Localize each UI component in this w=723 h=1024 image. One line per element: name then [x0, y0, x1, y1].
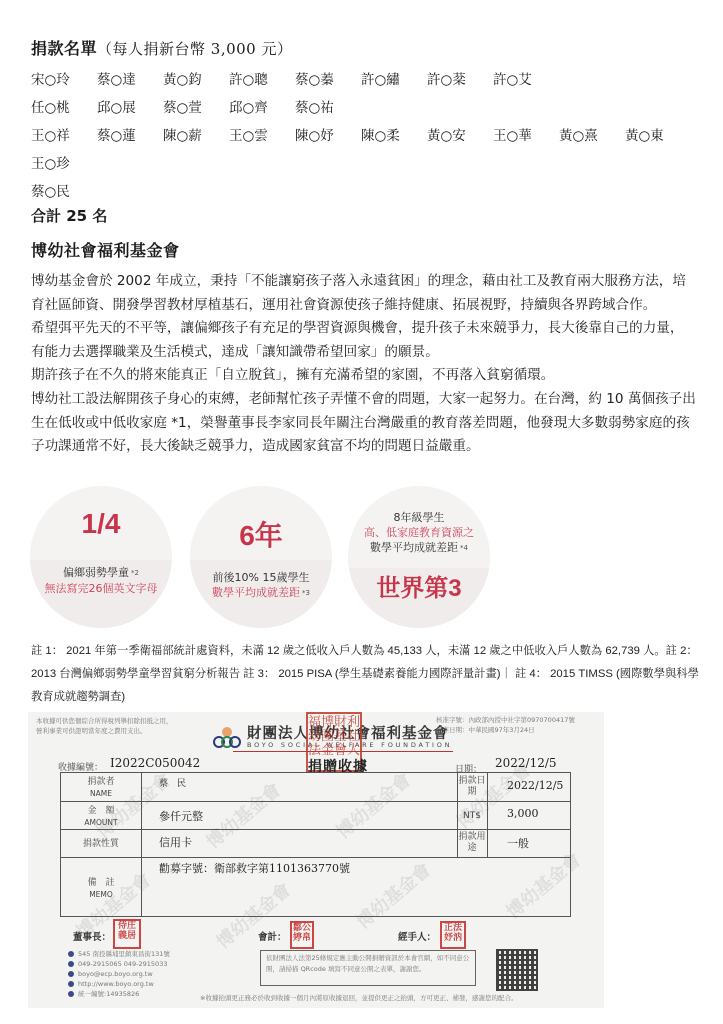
usage-value: 一般 [507, 835, 529, 851]
stat-line: 數學平均成就差距*4 [348, 540, 490, 556]
stat-big-value: 6年 [190, 514, 332, 554]
paragraph: 博幼社工設法解開孩子身心的束縛，老師幫忙孩子弄懂不會的問題，大家一起努力。在台灣… [31, 388, 697, 459]
qr-code[interactable] [496, 949, 538, 991]
currency-value: 3,000 [507, 807, 539, 820]
stat-circle-six-years: 6年 前後10% 15歲學生 數學平均成就差距*3 [190, 486, 332, 628]
donor-name: 陳○妤 [295, 122, 361, 150]
name-label: 捐款者NAME [61, 777, 141, 799]
memo-value: 勸募字號：衛部救字第1101363770號 [159, 860, 350, 876]
donor-name: 蔡○民 [31, 178, 97, 206]
stat-line: 前後10% 15歲學生 [190, 570, 332, 586]
donor-name: 王○祥 [31, 122, 97, 150]
phone-icon [68, 961, 74, 967]
email-icon [68, 971, 74, 977]
donor-row: 王○珍 [31, 150, 711, 178]
boyo-logo-icon [213, 725, 241, 749]
donor-name: 王○珍 [31, 150, 97, 178]
donor-name: 黃○熹 [559, 122, 625, 150]
donor-name: 蔡○蓁 [295, 66, 361, 94]
chairman-seal: 侍庄義居 [113, 919, 141, 949]
approval-info: 核准字號：內政部內授中社字第0970700417號 核准日期：中華民國97年3月… [436, 715, 575, 735]
donor-name: 蔡○達 [97, 66, 163, 94]
donor-name: 黃○安 [427, 122, 493, 150]
donor-name: 蔡○蓮 [97, 122, 163, 150]
donor-row: 任○桃邱○展蔡○萱邱○齊蔡○祐 [31, 94, 711, 122]
donor-name: 邱○展 [97, 94, 163, 122]
paragraph: 期許孩子在不久的將來能真正「自立脫貧」，擁有充滿希望的家園，不再落入貧窮循環。 [31, 364, 697, 388]
memo-label: 備 註MEMO [61, 878, 141, 900]
handler-seal: 正法妤汭 [440, 921, 466, 949]
donate-date-label: 捐款日期 [457, 776, 487, 798]
donor-name: 許○棻 [427, 66, 493, 94]
donor-row: 王○祥蔡○蓮陳○薪王○雲陳○妤陳○柔黃○安王○華黃○熹黃○東 [31, 122, 711, 150]
donor-name: 黃○東 [625, 122, 691, 150]
handler-label: 經手人： [398, 929, 436, 943]
donor-name: 宋○玲 [31, 66, 97, 94]
donor-name: 任○桃 [31, 94, 97, 122]
donation-receipt: 博幼基金會 博幼基金會 博幼基金會 博幼基金會 博幼基金會 博幼基金會 博幼基金… [28, 712, 604, 1008]
accountant-seal: 鄒公婷帛 [290, 921, 314, 949]
accountant-label: 會計： [258, 929, 287, 943]
stat-line-highlight: 無法寫完26個英文字母 [30, 581, 172, 597]
stat-line: 8年級學生 [348, 510, 490, 526]
donor-name: 王○雲 [229, 122, 295, 150]
donor-name: 許○繡 [361, 66, 427, 94]
receipt-footer-note: ※收據抬頭更正務必於收到收據一個月內將原收據退回，並提供更正之抬頭，方可更正、補… [200, 993, 517, 1002]
stat-big-value: 世界第3 [348, 568, 490, 603]
stat-circle-world-rank: 8年級學生 高、低家庭教育資源之 數學平均成就差距*4 世界第3 [348, 486, 490, 628]
amount-value: 參仟元整 [159, 808, 203, 824]
receipt-table: 捐款者NAME 蔡 民 金 額AMOUNT 參仟元整 捐款性質 信用卡 備 註M… [60, 772, 571, 917]
amount-label: 金 額AMOUNT [61, 806, 141, 828]
type-label: 捐款性質 [61, 839, 141, 850]
donor-name: 許○艾 [493, 66, 559, 94]
org-title: 博幼社會福利基金會 [31, 238, 180, 261]
donor-name: 陳○薪 [163, 122, 229, 150]
id-icon [68, 991, 74, 997]
donor-total: 合計 25 名 [31, 205, 107, 226]
paragraph: 博幼基金會於 2002 年成立，秉持「不能讓窮孩子落入永遠貧困」的理念，藉由社工… [31, 270, 697, 317]
stat-circle-quarter: 1/4 偏鄉弱勢學童*2 無法寫完26個英文字母 [30, 486, 172, 628]
donor-name: 陳○柔 [361, 122, 427, 150]
donor-row: 蔡○民 [31, 178, 711, 206]
donor-name: 許○聰 [229, 66, 295, 94]
org-description: 博幼基金會於 2002 年成立，秉持「不能讓窮孩子落入永遠貧困」的理念，藉由社工… [31, 270, 697, 459]
donor-list-title: 捐款名單（每人捐新台幣 3,000 元） [31, 36, 293, 59]
serial-number: I2022C050042 [110, 756, 200, 770]
tax-deduction-note: 本收據可供您個綜合所得稅列舉扣除扣抵之用， 營利事業可供證明當年度之費用支出。 [36, 716, 173, 736]
stat-line-highlight: 數學平均成就差距*3 [190, 585, 332, 601]
donor-name: 黃○鈞 [163, 66, 229, 94]
donate-date-value: 2022/12/5 [507, 779, 563, 792]
usage-label: 捐款用途 [457, 832, 487, 854]
currency-label: NT$ [457, 811, 487, 822]
paragraph: 希望弭平先天的不平等，讓偏鄉孩子有充足的學習資源與機會，提升孩子未來競爭力，長大… [31, 317, 697, 364]
contact-info: 545 南投縣埔里鎮東昌街131號 049-2915065 049-291503… [68, 949, 170, 999]
donor-name: 邱○齊 [229, 94, 295, 122]
footnotes: 註 1： 2021 年第一季衛福部統計處資料，未滿 12 歲之低收入戶人數為 4… [31, 640, 701, 709]
stat-big-value: 1/4 [30, 508, 172, 540]
donor-name: 王○華 [493, 122, 559, 150]
receipt-date: 2022/12/5 [495, 756, 557, 770]
donor-name-value: 蔡 民 [159, 776, 186, 789]
stat-line: 偏鄉弱勢學童*2 [30, 565, 172, 581]
stat-circles: 1/4 偏鄉弱勢學童*2 無法寫完26個英文字母 6年 前後10% 15歲學生 … [30, 486, 690, 631]
donor-list-heading: 捐款名單 [31, 39, 97, 58]
chairman-label: 董事長： [73, 929, 111, 943]
stat-line-highlight: 高、低家庭教育資源之 [348, 525, 490, 541]
donor-name: 蔡○祐 [295, 94, 361, 122]
donor-name: 蔡○萱 [163, 94, 229, 122]
location-icon [68, 951, 74, 957]
disclosure-consent-note: 依財團法人法第25條規定應主動公開捐贈資訊於本會官網，如不同意公開，請掃描 QR… [260, 950, 476, 986]
donor-names: 宋○玲蔡○達黃○鈞許○聰蔡○蓁許○繡許○棻許○艾 任○桃邱○展蔡○萱邱○齊蔡○祐… [31, 66, 711, 206]
donor-row: 宋○玲蔡○達黃○鈞許○聰蔡○蓁許○繡許○棻許○艾 [31, 66, 711, 94]
donor-list-subtitle: （每人捐新台幣 3,000 元） [97, 40, 292, 58]
web-icon [68, 981, 74, 987]
type-value: 信用卡 [159, 834, 192, 850]
